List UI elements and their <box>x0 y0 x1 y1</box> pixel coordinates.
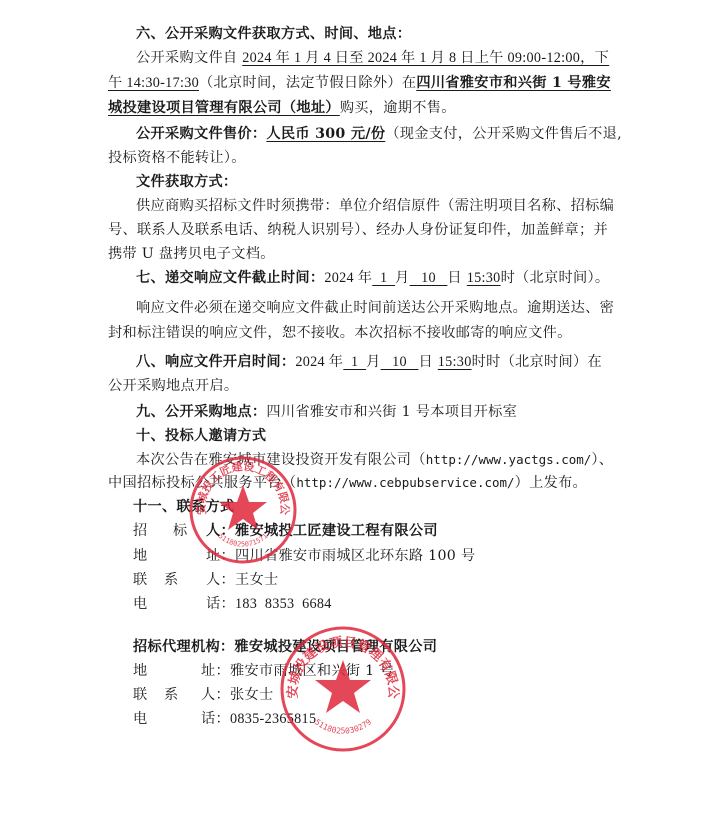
agency-name: 雅安城投建设项目管理有限公司 <box>234 639 437 655</box>
label: 招标代理机构： <box>133 639 234 655</box>
month-label: 月 <box>366 354 381 370</box>
year: 2024 年 <box>324 270 372 286</box>
procurement-location: 四川省雅安市和兴街 1 号本项目开标室 <box>266 404 517 420</box>
year: 2024 年 <box>295 354 343 370</box>
label: 标 <box>173 521 206 541</box>
sale-address: 四川省雅安市和兴街 1 号雅安 <box>416 75 611 91</box>
label: 地 <box>133 661 201 681</box>
sale-afternoon-time: 午 14:30-17:30 <box>108 75 199 91</box>
agency-contact: 张女士 <box>230 687 273 703</box>
label: 系 <box>164 570 206 590</box>
label: 电 <box>133 594 206 614</box>
label: 话： <box>201 709 230 729</box>
opening-time: 15:30 <box>438 354 472 370</box>
label: 人： <box>201 685 230 705</box>
link-cebpubservice[interactable]: http://www.cebpubservice.com/ <box>296 475 514 490</box>
tenderer-phone: 183 8353 6684 <box>235 596 332 612</box>
section-10-heading: 十、投标人邀请方式 <box>136 426 636 446</box>
section-7-line: 七、递交响应文件截止时间：2024 年 1 月 10 日 15:30时（北京时间… <box>136 268 636 288</box>
section-10-line2: 中国招标投标公共服务平台（http://www.cebpubservice.co… <box>108 473 608 493</box>
method-text-line1: 供应商购买招标文件时须携带：单位介绍信原件（需注明项目名称、招标编 <box>136 196 636 216</box>
sale-address-cont: 城投建设项目管理有限公司（地址） <box>108 100 340 116</box>
text: ）上发布。 <box>515 475 587 491</box>
agency-address: 雅安市雨城区和兴街 1 号 <box>230 663 394 679</box>
month-label: 月 <box>395 270 410 286</box>
label: 址： <box>201 661 230 681</box>
deadline-month: 1 <box>372 270 395 286</box>
section-6-heading: 六、公开采购文件获取方式、时间、地点： <box>136 24 636 44</box>
deadline-time: 15:30 <box>467 270 501 286</box>
tenderer-contact-row: 联系人：王女士 <box>133 570 633 590</box>
price-line2: 投标资格不能转让）。 <box>108 148 608 168</box>
label: 电 <box>133 709 201 729</box>
agency-phone: 0835-2365815 <box>230 711 316 727</box>
day-label: 日 <box>418 354 433 370</box>
opening-day: 10 <box>381 354 419 370</box>
section-9-heading: 九、公开采购地点： <box>136 404 266 420</box>
label: 招 <box>133 521 173 541</box>
text: 中国招标投标公共服务平台（ <box>108 475 296 491</box>
day-label: 日 <box>447 270 462 286</box>
label: 址： <box>206 546 235 566</box>
section-6-para-line3: 城投建设项目管理有限公司（地址）购买，逾期不售。 <box>108 98 608 118</box>
label: 人： <box>206 521 235 541</box>
price-note: （现金支付，公开采购文件售后不退, <box>385 126 622 142</box>
text: 时时（北京时间）在 <box>472 354 602 370</box>
agency-name-row: 招标代理机构：雅安城投建设项目管理有限公司 <box>133 637 633 657</box>
label: 地 <box>133 546 206 566</box>
method-heading: 文件获取方式： <box>136 172 636 192</box>
deadline-day: 10 <box>410 270 448 286</box>
label: 人： <box>206 570 235 590</box>
label: 联 <box>133 570 164 590</box>
section-6-para-line2: 午 14:30-17:30（北京时间，法定节假日除外）在四川省雅安市和兴街 1 … <box>108 73 608 93</box>
document-page: 六、公开采购文件获取方式、时间、地点： 公开采购文件自 2024 年 1 月 4… <box>0 0 710 829</box>
tenderer-phone-row: 电话：183 8353 6684 <box>133 594 633 614</box>
method-text-line2: 号、联系人及联系电话、纳税人识别号）、经办人身份证复印件，加盖鲜章；并 <box>108 220 608 240</box>
section-6-para-line1: 公开采购文件自 2024 年 1 月 4 日至 2024 年 1 月 8 日上午… <box>136 48 636 68</box>
sale-date-range: 2024 年 1 月 4 日至 2024 年 1 月 8 日上午 09:00-1… <box>242 50 609 66</box>
section-11-heading: 十一、联系方式 <box>133 497 633 517</box>
price-line1: 公开采购文件售价：人民币 300 元/份（现金支付，公开采购文件售后不退, <box>136 124 636 144</box>
link-yactgs[interactable]: http://www.yactgs.com/ <box>426 452 592 467</box>
method-text-line3: 携带 U 盘拷贝电子文档。 <box>108 244 608 264</box>
text: 时（北京时间）。 <box>501 270 610 286</box>
text: ）、 <box>591 452 613 468</box>
tenderer-name: 雅安城投工匠建设工程有限公司 <box>235 523 438 539</box>
section-8-line: 八、响应文件开启时间：2024 年 1 月 10 日 15:30时时（北京时间）… <box>136 352 636 372</box>
label: 联 <box>133 685 164 705</box>
text: （北京时间，法定节假日除外）在 <box>199 75 416 91</box>
agency-address-row: 地址：雅安市雨城区和兴街 1 号 <box>133 661 633 681</box>
section-10-line1: 本次公告在雅安城市建设投资开发有限公司（http://www.yactgs.co… <box>136 450 636 470</box>
tenderer-address-row: 地址：四川省雅安市雨城区北环东路 100 号 <box>133 546 633 566</box>
agency-phone-row: 电话：0835-2365815 <box>133 709 633 729</box>
text: 购买，逾期不售。 <box>340 100 456 116</box>
price-label: 公开采购文件售价： <box>136 126 266 142</box>
section-8-heading: 八、响应文件开启时间： <box>136 354 295 370</box>
price-value: 人民币 300 元/份 <box>266 126 385 142</box>
agency-contact-row: 联系人：张女士 <box>133 685 633 705</box>
section-7-heading: 七、递交响应文件截止时间： <box>136 270 324 286</box>
opening-month: 1 <box>343 354 366 370</box>
section-9-line: 九、公开采购地点：四川省雅安市和兴街 1 号本项目开标室 <box>136 402 636 422</box>
label: 话： <box>206 594 235 614</box>
section-7-text-line2: 封和标注错误的响应文件，恕不接收。本次招标不接收邮寄的响应文件。 <box>108 323 608 343</box>
label: 系 <box>164 685 201 705</box>
text: 本次公告在雅安城市建设投资开发有限公司（ <box>136 452 426 468</box>
section-8-line2: 公开采购地点开启。 <box>108 376 608 396</box>
tenderer-address: 四川省雅安市雨城区北环东路 100 号 <box>235 548 475 564</box>
section-7-text-line1: 响应文件必须在递交响应文件截止时间前送达公开采购地点。逾期送达、密 <box>136 298 636 318</box>
text: 公开采购文件自 <box>136 50 237 66</box>
tenderer-name-row: 招标人：雅安城投工匠建设工程有限公司 <box>133 521 633 541</box>
tenderer-contact: 王女士 <box>235 572 278 588</box>
